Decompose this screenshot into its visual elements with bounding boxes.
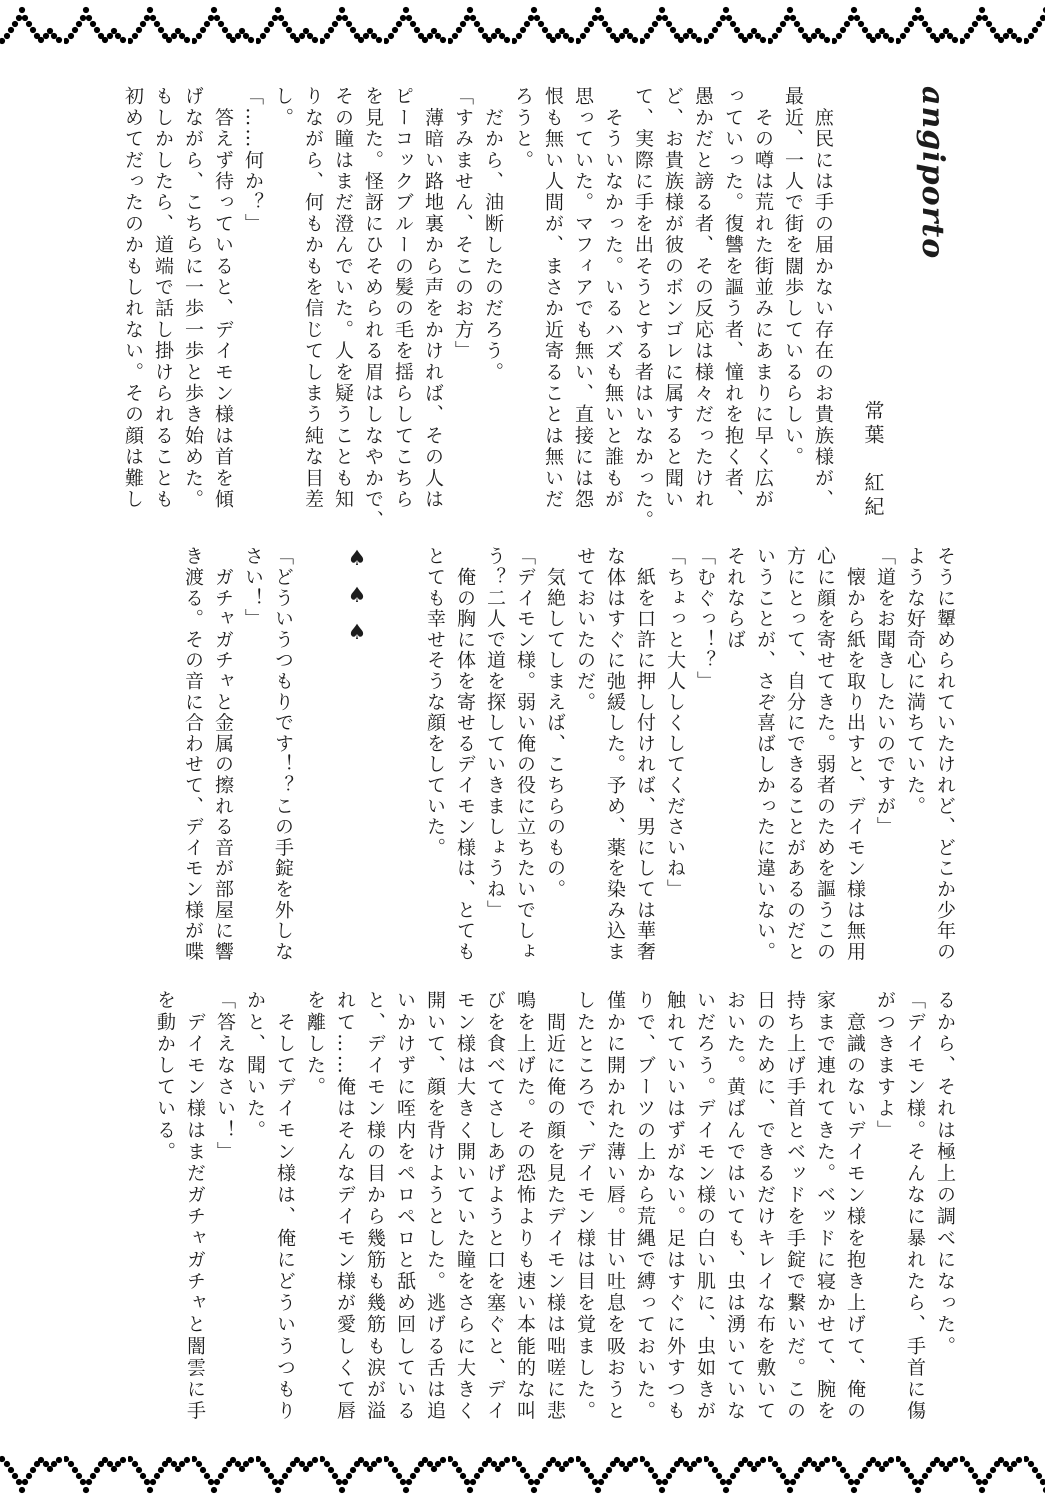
- text-column: いだろう。デイモン様の白い肌に、虫如きが: [690, 990, 720, 1452]
- text-column: もしかしたら、道端で話し掛けられることも: [148, 86, 178, 536]
- text-column: デイモン様はまだガチャガチャと闇雲に手: [180, 990, 210, 1452]
- text-column: せておいたのだ。: [570, 546, 600, 966]
- text-column: おいた。黄ばんではいても、虫は湧いていな: [720, 990, 750, 1452]
- text-column: さい！」: [238, 546, 268, 966]
- text-column: 「道をお聞きしたいのですが」: [870, 546, 900, 966]
- text-column: を動かしている。: [150, 990, 180, 1452]
- text-column: 思っていた。マフィアでも無い、直接には怨: [568, 86, 598, 536]
- author-name: 常葉 紅紀: [856, 86, 890, 536]
- novel-page: angiporto 常葉 紅紀 庶民には手の届かない存在のお貴族様が、最近、一人…: [0, 0, 1045, 1500]
- text-column: 家まで連れてきた。ベッドに寝かせて、腕を: [810, 990, 840, 1452]
- text-column: したところで、デイモン様は目を覚ました。: [570, 990, 600, 1452]
- bottom-lace-border: [0, 1449, 1045, 1495]
- text-column: を見た。怪訝にひそめられる眉はしなやかで、: [358, 86, 388, 536]
- text-column: かと、聞いた。: [240, 990, 270, 1452]
- text-column: 触れていいはずがない。足はすぐに外すつも: [660, 990, 690, 1452]
- text-column: その噂は荒れた街並みにあまりに早く広が: [748, 86, 778, 536]
- text-column: れて……俺はそんなデイモン様が愛しくて唇: [330, 990, 360, 1452]
- text-column: 「すみません、そこのお方」: [448, 86, 478, 536]
- text-column: その瞳はまだ澄んでいた。人を疑うことも知: [328, 86, 358, 536]
- text-column: 「むぐっ！？」: [690, 546, 720, 966]
- section-3: るから、それは極上の調べになった。「デイモン様。そんなに暴れたら、手首に傷がつき…: [150, 990, 960, 1452]
- text-column: 「……何か？」: [238, 86, 268, 536]
- text-column: 初めてだったのかもしれない。その顔は難し: [118, 86, 148, 536]
- text-column: 薄暗い路地裏から声をかければ、その人は: [418, 86, 448, 536]
- top-lace-border: [0, 5, 1045, 51]
- text-column: とても幸せそうな顔をしていた。: [420, 546, 450, 966]
- text-column: そういなかった。いるハズも無いと誰もが: [598, 86, 628, 536]
- text-column: 「デイモン様。弱い俺の役に立ちたいでしょ: [510, 546, 540, 966]
- text-column: 日のために、できるだけキレイな布を敷いて: [750, 990, 780, 1452]
- text-column: 鳴を上げた。その恐怖よりも速い本能的な叫: [510, 990, 540, 1452]
- text-column: モン様は大きく開いていた瞳をさらに大きく: [450, 990, 480, 1452]
- text-column: 庶民には手の届かない存在のお貴族様が、: [808, 86, 838, 536]
- page-title: angiporto: [904, 86, 960, 536]
- text-column: るから、それは極上の調べになった。: [930, 990, 960, 1452]
- text-column: びを食べてさしあげようと口を塞ぐと、デイ: [480, 990, 510, 1452]
- text-column: な体はすぐに弛緩した。予め、薬を染み込ま: [600, 546, 630, 966]
- text-column: う？二人で道を探していきましょうね」: [480, 546, 510, 966]
- text-column: て、実際に手を出そうとする者はいなかった。: [628, 86, 658, 536]
- text-column: 方にとって、自分にできることがあるのだと: [780, 546, 810, 966]
- section-1: angiporto 常葉 紅紀 庶民には手の届かない存在のお貴族様が、最近、一人…: [118, 86, 960, 536]
- text-column: がつきますよ」: [870, 990, 900, 1452]
- text-column: 俺の胸に体を寄せるデイモン様は、とても: [450, 546, 480, 966]
- text-column: 「答えなさい！」: [210, 990, 240, 1452]
- text-column: ピーコックブルーの髪の毛を揺らしてこちら: [388, 86, 418, 536]
- text-column: 愚かだと謗る者、その反応は様々だったけれ: [688, 86, 718, 536]
- page-content: angiporto 常葉 紅紀 庶民には手の届かない存在のお貴族様が、最近、一人…: [118, 86, 960, 1452]
- text-column: 「どういうつもりです！？この手錠を外しな: [268, 546, 298, 966]
- text-column: 答えず待っていると、デイモン様は首を傾: [208, 86, 238, 536]
- text-column: を離した。: [300, 990, 330, 1452]
- text-column: ような好奇心に満ちていた。: [900, 546, 930, 966]
- spade-divider-icon: ♠♠♠: [342, 546, 372, 966]
- text-column: だから、油断したのだろう。: [478, 86, 508, 536]
- text-column: し。: [268, 86, 298, 536]
- text-column: ろうと。: [508, 86, 538, 536]
- text-column: 「デイモン様。そんなに暴れたら、手首に傷: [900, 990, 930, 1452]
- text-column: 間近に俺の顔を見たデイモン様は咄嗟に悲: [540, 990, 570, 1452]
- text-column: いうことが、さぞ喜ばしかったに違いない。: [750, 546, 780, 966]
- text-column: 僅かに開かれた薄い唇。甘い吐息を吸おうと: [600, 990, 630, 1452]
- text-column: っていった。復讐を謳う者、憧れを抱く者、: [718, 86, 748, 536]
- text-column: りながら、何もかもを信じてしまう純な目差: [298, 86, 328, 536]
- text-column: 最近、一人で街を闊歩しているらしい。: [778, 86, 808, 536]
- text-column: りで、ブーツの上から荒縄で縛っておいた。: [630, 990, 660, 1452]
- text-column: 恨も無い人間が、まさか近寄ることは無いだ: [538, 86, 568, 536]
- text-column: げながら、こちらに一歩一歩と歩き始めた。: [178, 86, 208, 536]
- text-column: 持ち上げ手首とベッドを手錠で繋いだ。この: [780, 990, 810, 1452]
- text-column: 気絶してしまえば、こちらのもの。: [540, 546, 570, 966]
- text-column: と、デイモン様の目から幾筋も幾筋も涙が溢: [360, 990, 390, 1452]
- text-column: ガチャガチャと金属の擦れる音が部屋に響: [208, 546, 238, 966]
- text-column: そうに顰められていたけれど、どこか少年の: [930, 546, 960, 966]
- section-2: そうに顰められていたけれど、どこか少年のような好奇心に満ちていた。「道をお聞きし…: [178, 546, 960, 966]
- text-column: そしてデイモン様は、俺にどういうつもり: [270, 990, 300, 1452]
- text-column: 紙を口許に押し付ければ、男にしては華奢: [630, 546, 660, 966]
- text-column: それならば: [720, 546, 750, 966]
- text-column: いかけずに咥内をペロペロと舐め回している: [390, 990, 420, 1452]
- text-column: 意識のないデイモン様を抱き上げて、俺の: [840, 990, 870, 1452]
- text-column: ど、お貴族様が彼のボンゴレに属すると聞い: [658, 86, 688, 536]
- text-column: 開いて、顔を背けようとした。逃げる舌は追: [420, 990, 450, 1452]
- text-column: 「ちょっと大人しくしてくださいね」: [660, 546, 690, 966]
- text-column: 心に顔を寄せてきた。弱者のためを謳うこの: [810, 546, 840, 966]
- text-column: 懐から紙を取り出すと、デイモン様は無用: [840, 546, 870, 966]
- text-column: き渡る。その音に合わせて、デイモン様が喋: [178, 546, 208, 966]
